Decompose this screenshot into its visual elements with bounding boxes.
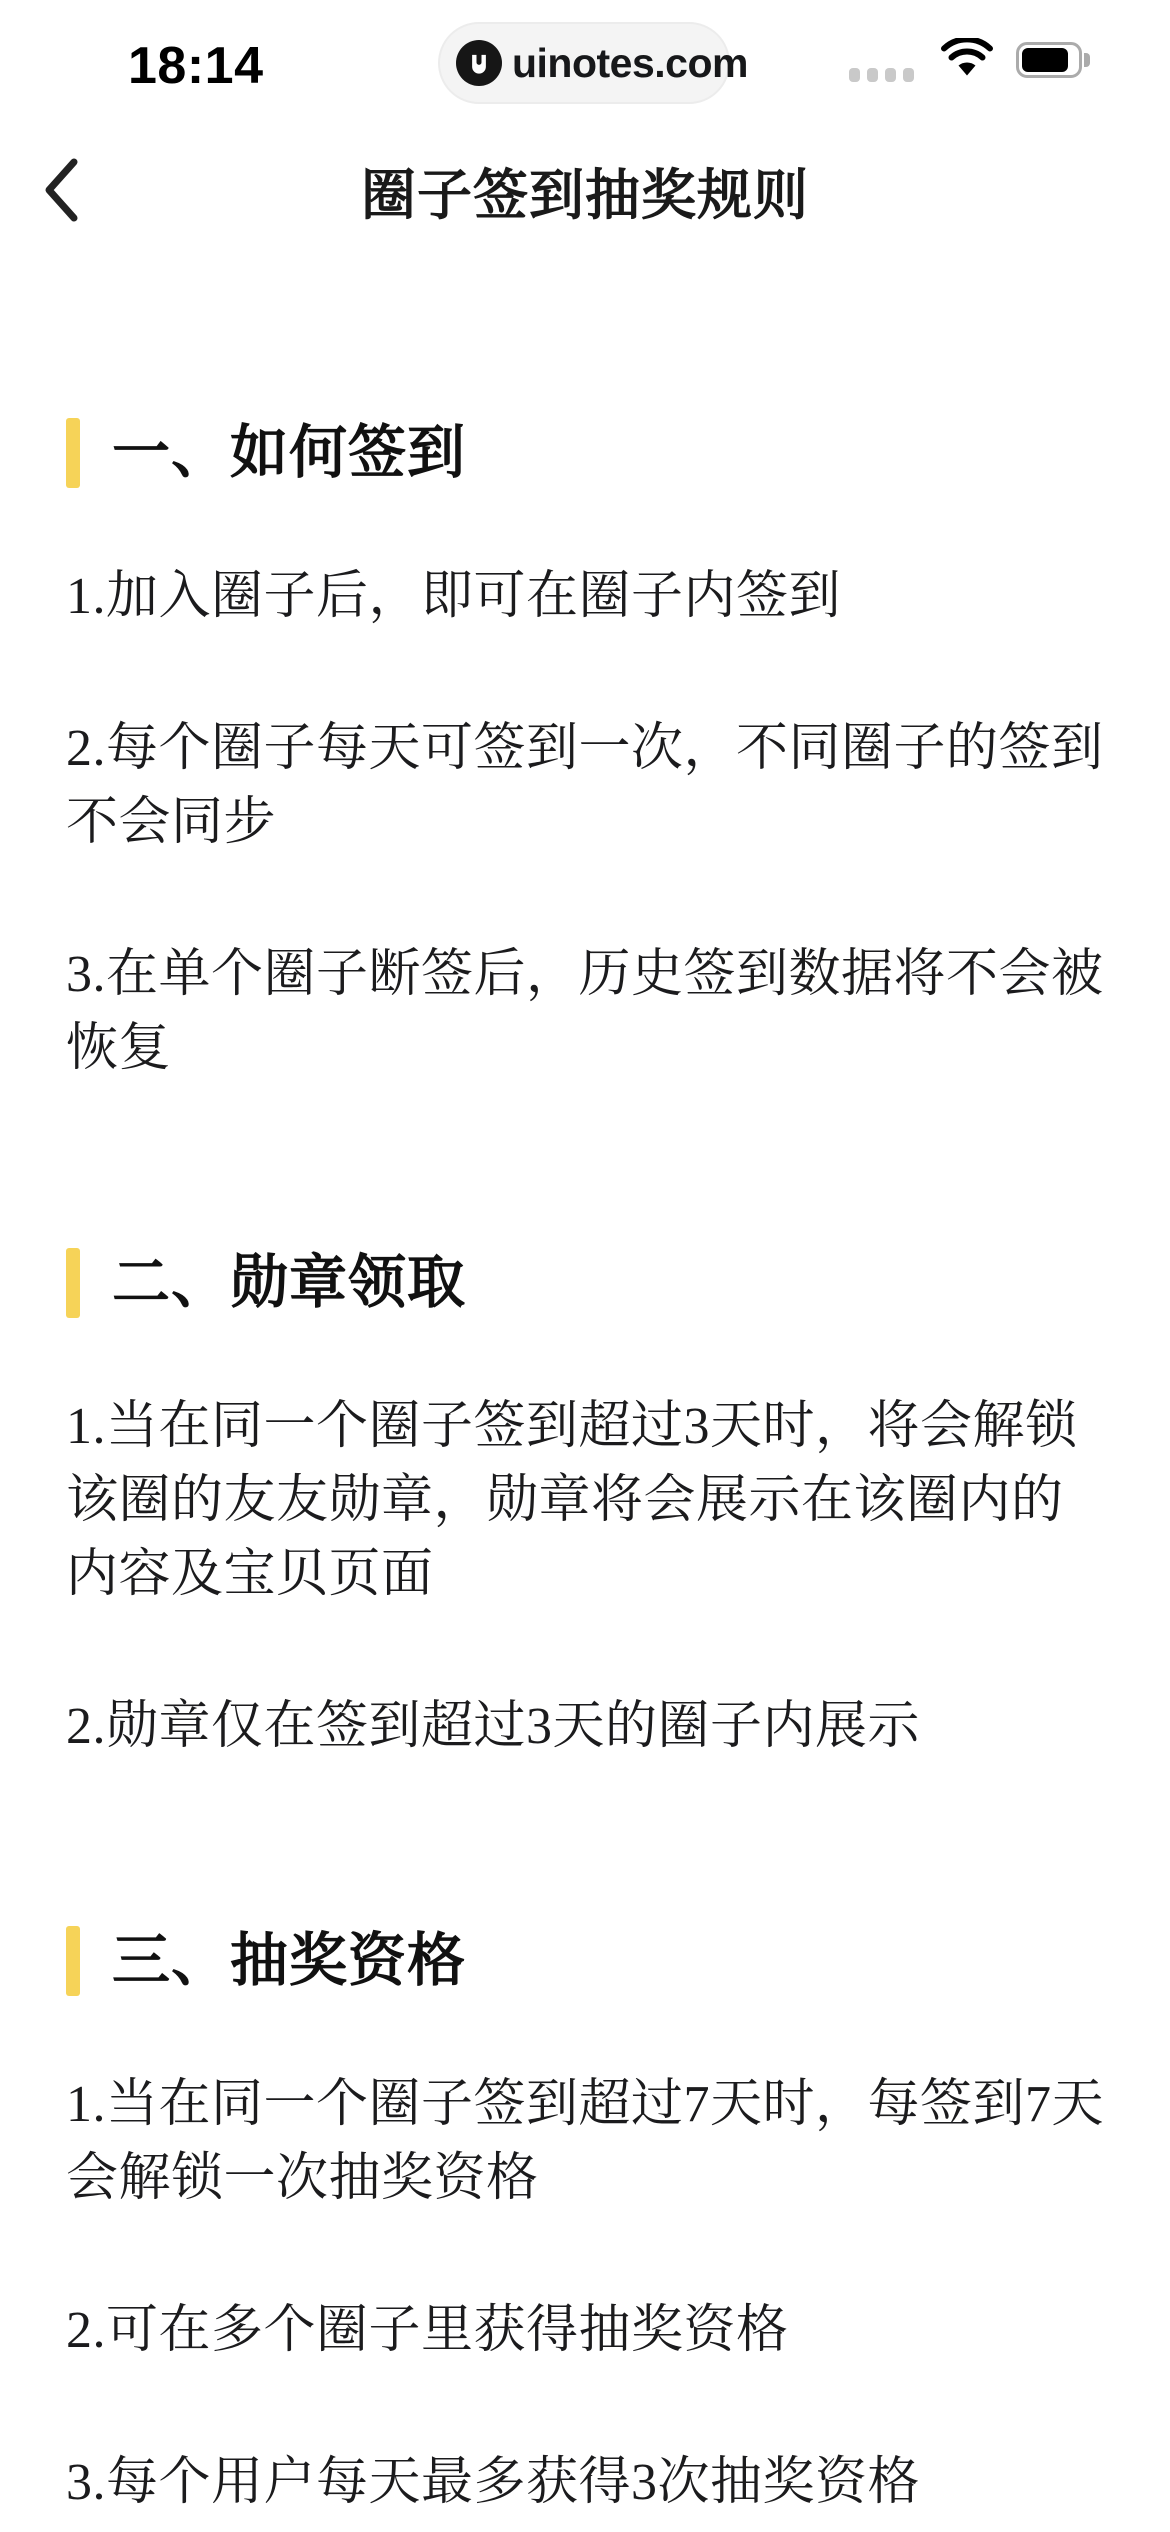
- section-title: 三、抽奖资格: [112, 1926, 466, 1996]
- section-heading: 三、抽奖资格: [66, 1926, 1108, 1996]
- yellow-marker-bar: [66, 418, 80, 488]
- rule-item: 3.每个用户每天最多获得3次抽奖资格: [66, 2446, 1108, 2520]
- rule-item: 2.可在多个圈子里获得抽奖资格: [66, 2294, 1108, 2368]
- cellular-dots-icon: [849, 68, 914, 82]
- rule-item: 1.加入圈子后，即可在圈子内签到: [66, 560, 1108, 634]
- page-title: 圈子签到抽奖规则: [361, 151, 809, 230]
- status-icons: [849, 0, 1090, 120]
- section-lottery-eligibility: 三、抽奖资格 1.当在同一个圈子签到超过7天时，每签到7天会解锁一次抽奖资格 2…: [66, 1926, 1108, 2520]
- chevron-left-icon: [44, 158, 78, 222]
- uinotes-pill-label: uinotes.com: [512, 40, 748, 87]
- section-title: 一、如何签到: [112, 418, 466, 488]
- section-heading: 一、如何签到: [66, 418, 1108, 488]
- yellow-marker-bar: [66, 1926, 80, 1996]
- status-bar: 18:14 uinotes.com: [0, 0, 1170, 120]
- status-time: 18:14: [128, 36, 264, 96]
- section-title: 二、勋章领取: [112, 1248, 466, 1318]
- yellow-marker-bar: [66, 1248, 80, 1318]
- battery-icon: [1016, 42, 1090, 78]
- rules-content: 一、如何签到 1.加入圈子后，即可在圈子内签到 2.每个圈子每天可签到一次，不同…: [0, 260, 1170, 2520]
- uinotes-logo-icon: [456, 40, 502, 86]
- rule-item: 2.每个圈子每天可签到一次，不同圈子的签到不会同步: [66, 712, 1108, 860]
- nav-bar: 圈子签到抽奖规则: [0, 120, 1170, 260]
- section-heading: 二、勋章领取: [66, 1248, 1108, 1318]
- section-badge-claim: 二、勋章领取 1.当在同一个圈子签到超过3天时，将会解锁该圈的友友勋章，勋章将会…: [66, 1248, 1108, 1764]
- section-how-to-check-in: 一、如何签到 1.加入圈子后，即可在圈子内签到 2.每个圈子每天可签到一次，不同…: [66, 418, 1108, 1086]
- rule-item: 2.勋章仅在签到超过3天的圈子内展示: [66, 1690, 1108, 1764]
- uinotes-pill: uinotes.com: [438, 22, 730, 104]
- rule-item: 1.当在同一个圈子签到超过7天时，每签到7天会解锁一次抽奖资格: [66, 2068, 1108, 2216]
- rule-item: 1.当在同一个圈子签到超过3天时，将会解锁该圈的友友勋章，勋章将会展示在该圈内的…: [66, 1390, 1108, 1612]
- back-button[interactable]: [44, 144, 134, 236]
- rule-item: 3.在单个圈子断签后，历史签到数据将不会被恢复: [66, 938, 1108, 1086]
- wifi-icon: [940, 38, 994, 83]
